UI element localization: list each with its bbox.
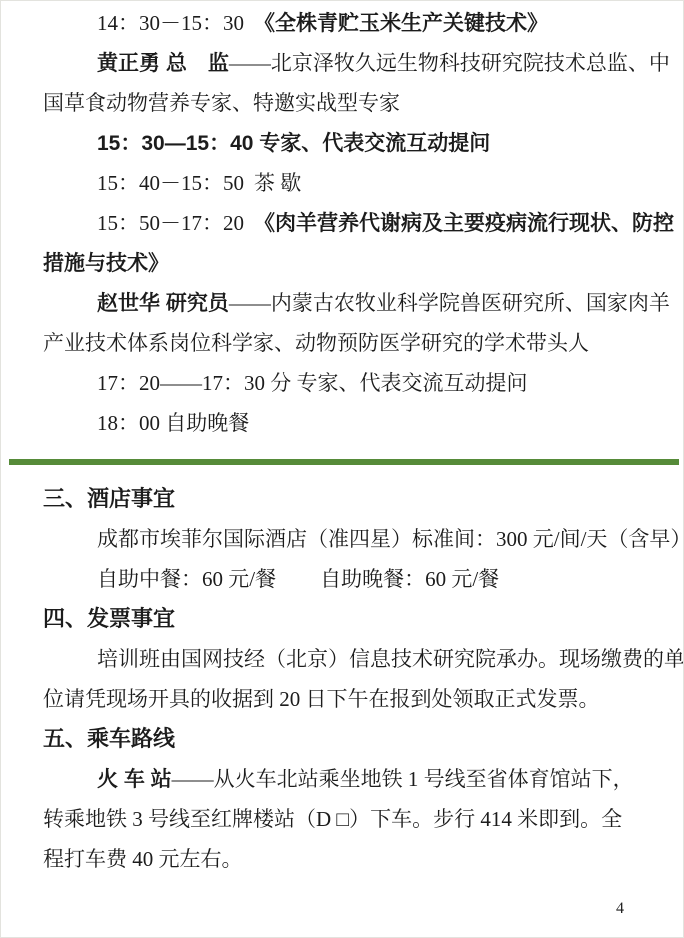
transport-line1: 火 车 站——从火车北站乘坐地铁 1 号线至省体育馆站下， <box>43 759 645 799</box>
agenda-qa2-line: 17：20——17：30 分 专家、代表交流互动提问 <box>43 363 645 403</box>
agenda-qa1-line: 15：30—15：40 专家、代表交流互动提问 <box>43 123 645 163</box>
hotel-rate-line: 成都市埃菲尔国际酒店（准四星）标准间：300 元/间/天（含早） <box>43 519 645 559</box>
session1-speaker-desc-1: ——北京泽牧久远生物科技研究院技术总监、中 <box>229 51 670 75</box>
train-station-label: 火 车 站 <box>97 768 172 791</box>
transport-section-heading: 五、乘车路线 <box>43 719 645 759</box>
invoice-section-heading: 四、发票事宜 <box>43 599 645 639</box>
session2-speaker-desc-2: 产业技术体系岗位科学家、动物预防医学研究的学术带头人 <box>43 331 589 355</box>
invoice-text-1: 培训班由国网技经（北京）信息技术研究院承办。现场缴费的单 <box>97 647 684 671</box>
green-divider-line <box>9 459 679 465</box>
session2-title-line2: 措施与技术》 <box>43 252 169 275</box>
transport-route-2: 转乘地铁 3 号线至红牌楼站（D □）下车。步行 414 米即到。全 <box>43 807 622 831</box>
hotel-dinner-text: 自助晚餐：60 元/餐 <box>320 567 499 591</box>
agenda-session1-speaker-desc-line2: 国草食动物营养专家、特邀实战型专家 <box>43 83 645 123</box>
transport-line2: 转乘地铁 3 号线至红牌楼站（D □）下车。步行 414 米即到。全 <box>43 799 645 839</box>
hotel-rate-text: 成都市埃菲尔国际酒店（准四星）标准间：300 元/间/天（含早） <box>97 527 684 551</box>
hotel-section-heading: 三、酒店事宜 <box>43 479 645 519</box>
session1-speaker-desc-2: 国草食动物营养专家、特邀实战型专家 <box>43 91 400 115</box>
agenda-session2-speaker-desc-line2: 产业技术体系岗位科学家、动物预防医学研究的学术带头人 <box>43 323 645 363</box>
session2-speaker-desc-1: ——内蒙古农牧业科学院兽医研究所、国家肉羊 <box>229 291 670 315</box>
agenda-session1-line: 14：30－15：30《全株青贮玉米生产关键技术》 <box>43 3 645 43</box>
session2-title-line1: 《肉羊营养代谢病及主要疫病流行现状、防控 <box>254 212 674 235</box>
tea-break-time: 15：40－15：50 <box>97 171 244 195</box>
session1-speaker-name: 黄正勇 总 监 <box>97 52 229 75</box>
invoice-text-2: 位请凭现场开具的收据到 20 日下午在报到处领取正式发票。 <box>43 687 600 711</box>
hotel-meals-line: 自助中餐：60 元/餐自助晚餐：60 元/餐 <box>43 559 645 599</box>
invoice-heading-text: 四、发票事宜 <box>43 606 175 631</box>
document-content: 14：30－15：30《全株青贮玉米生产关键技术》 黄正勇 总 监——北京泽牧久… <box>43 3 645 879</box>
tea-break-label: 茶 歇 <box>254 171 301 195</box>
session1-title: 《全株青贮玉米生产关键技术》 <box>254 12 548 35</box>
agenda-session2-speaker-line: 赵世华 研究员——内蒙古农牧业科学院兽医研究所、国家肉羊 <box>43 283 645 323</box>
transport-route-1: ——从火车北站乘坐地铁 1 号线至省体育馆站下， <box>172 767 634 791</box>
hotel-lunch-text: 自助中餐：60 元/餐 <box>97 567 276 591</box>
invoice-line1: 培训班由国网技经（北京）信息技术研究院承办。现场缴费的单 <box>43 639 645 679</box>
transport-heading-text: 五、乘车路线 <box>43 726 175 751</box>
dinner-text: 18：00 自助晚餐 <box>97 411 249 435</box>
agenda-session2-line: 15：50－17：20《肉羊营养代谢病及主要疫病流行现状、防控 <box>43 203 645 243</box>
session1-time: 14：30－15：30 <box>97 11 244 35</box>
qa1-text: 15：30—15：40 专家、代表交流互动提问 <box>97 132 490 155</box>
transport-route-3: 程打车费 40 元左右。 <box>43 847 243 871</box>
qa2-text: 17：20——17：30 分 专家、代表交流互动提问 <box>97 371 528 395</box>
session2-speaker-name: 赵世华 研究员 <box>97 292 229 315</box>
agenda-session2-title-line2: 措施与技术》 <box>43 243 645 283</box>
agenda-tea-break-line: 15：40－15：50茶 歇 <box>43 163 645 203</box>
page-number: 4 <box>616 899 624 919</box>
document-page: 14：30－15：30《全株青贮玉米生产关键技术》 黄正勇 总 监——北京泽牧久… <box>0 0 684 938</box>
hotel-heading-text: 三、酒店事宜 <box>43 486 175 511</box>
agenda-dinner-line: 18：00 自助晚餐 <box>43 403 645 443</box>
invoice-line2: 位请凭现场开具的收据到 20 日下午在报到处领取正式发票。 <box>43 679 645 719</box>
session2-time: 15：50－17：20 <box>97 211 244 235</box>
agenda-session1-speaker-line: 黄正勇 总 监——北京泽牧久远生物科技研究院技术总监、中 <box>43 43 645 83</box>
transport-line3: 程打车费 40 元左右。 <box>43 839 645 879</box>
